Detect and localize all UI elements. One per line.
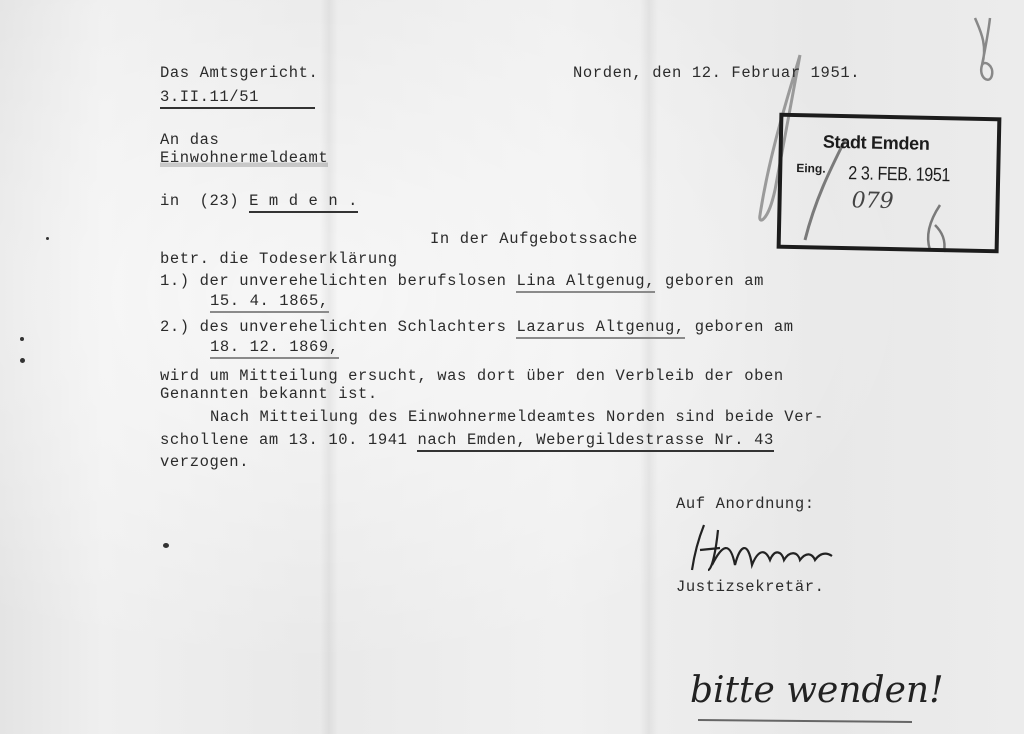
info-line-2: schollene am 13. 10. 1941 nach Emden, We… — [160, 431, 774, 449]
person-1-number: 1.) — [160, 272, 190, 290]
scanned-letter-page: Das Amtsgericht. 3.II.11/51 Norden, den … — [0, 0, 1024, 734]
stamp-label: Eing. — [796, 161, 826, 176]
reference-number: 3.II.11/51 — [160, 88, 315, 106]
ink-blot — [163, 543, 169, 548]
person-1-name: Lina Altgenug, — [516, 272, 655, 293]
handwritten-note: bitte wenden! — [690, 670, 944, 711]
person-1-description: der unverehelichten berufslosen — [190, 272, 517, 290]
recipient-office: Einwohnermeldeamt — [160, 149, 328, 167]
info-line-2-text: schollene am 13. 10. 1941 — [160, 431, 417, 449]
city-prefix: in (23) — [160, 192, 249, 210]
regarding-line: betr. die Todeserklärung — [160, 250, 398, 268]
stamp-number: 079 — [851, 188, 894, 214]
subject-line: In der Aufgebotssache — [430, 230, 638, 248]
received-stamp: Stadt Emden Eing. 2 3. FEB. 1951 079 — [777, 113, 1002, 254]
stamp-title: Stadt Emden — [823, 132, 930, 155]
stamp-date: 2 3. FEB. 1951 — [848, 163, 950, 187]
recipient-city-line: in (23) E m d e n . — [160, 192, 358, 210]
margin-speck — [46, 237, 49, 240]
request-line-2: Genannten bekannt ist. — [160, 385, 378, 403]
new-address: nach Emden, Webergildestrasse Nr. 43 — [417, 431, 773, 452]
place-and-date: Norden, den 12. Februar 1951. — [573, 64, 860, 82]
margin-speck — [20, 358, 25, 363]
person-2-birthdate: 18. 12. 1869, — [210, 338, 339, 356]
signer-title: Justizsekretär. — [676, 578, 825, 596]
person-2-line: 2.) des unverehelichten Schlachters Laza… — [160, 318, 794, 336]
info-line-1: Nach Mitteilung des Einwohnermeldeamtes … — [210, 408, 824, 426]
person-2-number: 2.) — [160, 318, 190, 336]
person-2-born-label: geboren am — [685, 318, 794, 336]
recipient-line1: An das — [160, 131, 219, 149]
recipient-line2: Einwohnermeldeamt — [160, 149, 328, 167]
recipient-city: E m d e n . — [249, 192, 358, 213]
request-line-1: wird um Mitteilung ersucht, was dort übe… — [160, 367, 784, 385]
person-1-birthdate-text: 15. 4. 1865, — [210, 292, 329, 313]
margin-speck — [20, 337, 24, 341]
person-2-name: Lazarus Altgenug, — [516, 318, 684, 339]
person-2-description: des unverehelichten Schlachters — [190, 318, 517, 336]
closing-phrase: Auf Anordnung: — [676, 495, 815, 513]
person-2-birthdate-text: 18. 12. 1869, — [210, 338, 339, 359]
info-line-3: verzogen. — [160, 453, 249, 471]
person-1-line: 1.) der unverehelichten berufslosen Lina… — [160, 272, 764, 290]
person-1-birthdate: 15. 4. 1865, — [210, 292, 329, 310]
reference-number-text: 3.II.11/51 — [160, 88, 315, 109]
person-1-born-label: geboren am — [655, 272, 764, 290]
sender-court: Das Amtsgericht. — [160, 64, 318, 82]
